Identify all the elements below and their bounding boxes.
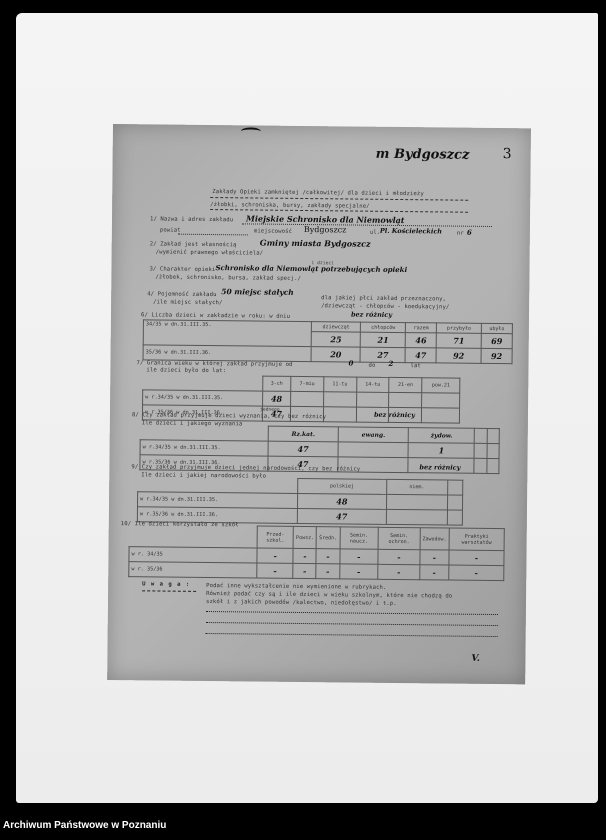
q6-cell: 47: [405, 348, 436, 363]
q6-col-header: chłopców: [361, 322, 406, 332]
q10-col-header: Semin. ochron.: [378, 527, 420, 549]
q10-col-header: Praktyki warsztatów: [449, 528, 504, 551]
q6-col-header: przybyło: [437, 323, 482, 333]
q9-value: bez różnicy: [419, 463, 460, 471]
q1-miejscowosc-label: miejscowość: [254, 228, 292, 234]
q10-row-period: w r. 34/35: [129, 547, 257, 563]
q7-col-header: 21-en: [389, 377, 422, 392]
q10-cell: -: [420, 565, 449, 580]
q10-cell: -: [257, 548, 294, 563]
q10-cell: -: [293, 563, 316, 578]
q1-label: 1/ Nazwa i adres zakładu: [150, 216, 233, 223]
q8-col-header: [474, 428, 486, 443]
remarks-dotline: [206, 622, 498, 626]
q10-col-header: Semin. naucz.: [340, 527, 379, 549]
q8-col-header: żydow.: [409, 428, 475, 444]
q7-corner: [143, 375, 263, 391]
q8-cell: [487, 443, 500, 458]
q7-from-value: 0: [348, 358, 353, 367]
q7-cell: [389, 392, 422, 407]
q8-corner: [140, 425, 268, 441]
q3-value: Schronisko dla Niemowląt potrzebujących …: [215, 263, 407, 274]
q6-cell: 92: [436, 348, 481, 363]
q10-cell: -: [420, 550, 449, 565]
q10-table: Przed-szkol. Powsz. Średn. Semin. naucz.…: [128, 524, 505, 581]
remarks-dotline: [206, 611, 498, 615]
q10-cell: -: [316, 549, 339, 564]
document-sheet: m Bydgoszcz 3 Zakłady Opieki zamkniętej …: [107, 124, 531, 684]
q6-col-header: ubyło: [481, 323, 512, 333]
page-number: 3: [503, 146, 512, 162]
q2-hint: /wymienić prawnego właściciela/: [156, 249, 264, 256]
remarks-line3: szkół i z jakich powodów /kalectwo, nied…: [206, 599, 397, 607]
q4-gender-question: dla jakiej płci zakład przeznaczony,: [321, 295, 446, 302]
q1-ul-value: Pl. Kościeleckich: [380, 227, 442, 236]
q6-col-header: razem: [406, 323, 437, 333]
q1-nr-label: nr: [457, 231, 464, 237]
q3-hint: /żłobek, schronisko, bursa, zakład specj…: [155, 274, 301, 282]
q8-cell: [474, 443, 486, 458]
pen-mark: [241, 127, 261, 135]
q10-row-period: w r. 35/36: [129, 562, 257, 578]
q10-col-header: Średn.: [317, 527, 340, 549]
q4-label: 4/ Pojemność zakładu: [147, 291, 216, 298]
remarks-line2: Również podać czy są i ile dzieci w wiek…: [206, 591, 452, 600]
q7-col-header: 7-miu: [291, 376, 324, 391]
q6-cell: 27: [360, 347, 405, 362]
q7-cell: [323, 392, 356, 407]
q7-cell: 48: [263, 391, 291, 406]
q10-cell: -: [378, 549, 420, 564]
q4-hint: /ile miejsc stałych/: [153, 299, 222, 306]
remarks-label-underline: [142, 590, 196, 592]
q10-cell: -: [449, 550, 504, 566]
q9-cell: [447, 510, 462, 525]
q7-cell: [356, 392, 389, 407]
q10-col-header: Przed-szkol.: [257, 526, 294, 548]
document-title: Zakłady Opieki zamkniętej /całkowitej/ d…: [212, 189, 424, 197]
q7-cell: [290, 391, 323, 406]
archive-watermark: Archiwum Państwowe w Poznaniu: [3, 820, 166, 831]
q10-cell: -: [378, 564, 420, 579]
title-underline: [210, 197, 468, 201]
q7-col-header: 11-tu: [323, 377, 356, 392]
remarks-dotline: [206, 633, 498, 637]
q7-sublabel: ile dzieci było do lat:: [146, 367, 226, 374]
q9-row-period: w r.34/35 w dn.31.III.35.: [137, 492, 297, 509]
q1-ul-label: ul.: [370, 230, 380, 236]
q8-cell: 1: [408, 443, 474, 459]
q2-label: 2/ Zakład jest własnością: [150, 241, 237, 248]
q9-cell: [386, 494, 447, 510]
q6-row-period: 34/35 w dn.31.III.35.: [143, 320, 311, 347]
q10-col-header: Powsz.: [293, 526, 316, 548]
q9-label: 9/ Czy zakład przyjmuje dzieci jednej na…: [131, 464, 360, 472]
q8-value: bez różnicy: [374, 411, 415, 419]
q10-cell: -: [257, 563, 294, 578]
q6-col-header: dziewcząt: [311, 322, 361, 333]
q9-corner: [138, 477, 298, 494]
q4-gender-hint: /dziewcząt - chłopców - koedukacyjny/: [321, 303, 449, 310]
q10-cell: -: [339, 549, 378, 564]
q4-gender-value: bez różnicy: [351, 311, 392, 319]
q7-cell: [323, 407, 356, 422]
q2-value: Gminy miasta Bydgoszcz: [260, 238, 371, 249]
q10-cell: -: [316, 564, 339, 579]
q8-cell: [487, 458, 500, 473]
q9-cell: 47: [297, 508, 386, 524]
signature-mark: V.: [471, 654, 480, 664]
q3-label: 3/ Charakter opieki: [149, 266, 215, 273]
q6-cell: 71: [436, 333, 481, 348]
q7-col-header: 14-tu: [356, 377, 389, 392]
q9-col-header: polskiej: [298, 478, 387, 494]
q7-col-header: 3-ch: [263, 376, 291, 391]
q6-table: 34/35 w dn.31.III.35. dziewcząt chłopców…: [143, 319, 513, 364]
q8-col-header: Rz.kat.: [268, 426, 338, 442]
q1-dotline: [242, 223, 492, 227]
q7-to-value: 2: [388, 359, 393, 368]
q6-cell: 21: [361, 332, 406, 347]
q9-cell: [386, 509, 447, 525]
q6-cell: 69: [481, 333, 512, 348]
remarks-line1: Podać inne wykształcenie nie wymienione …: [206, 583, 386, 591]
q10-cell: -: [449, 565, 504, 581]
q9-col-header: [447, 480, 462, 495]
q7-cell: [422, 408, 460, 423]
q10-col-header: Zawodow.: [420, 528, 449, 550]
q1-miejscowosc-value: Bydgoszcz: [304, 225, 347, 234]
q9-table: polskiej niem. w r.34/35 w dn.31.III.35.…: [137, 476, 463, 525]
q8-col-header: ewang.: [338, 427, 409, 443]
handwritten-header: m Bydgoszcz: [376, 147, 470, 163]
q10-corner: [129, 525, 257, 548]
subtitle-underline: [210, 209, 468, 213]
q8-row-period: w r.34/35 w dn.31.III.35.: [140, 440, 268, 456]
q9-col-header: niem.: [386, 479, 447, 495]
q7-to-label: do: [368, 363, 375, 369]
q8-cell: 47: [268, 441, 338, 457]
q7-cell: [422, 393, 460, 408]
remarks-label: U w a g a :: [142, 581, 190, 588]
q10-cell: -: [339, 564, 378, 579]
q8-cell: [474, 458, 486, 473]
q6-cell: 46: [405, 333, 436, 348]
q9-cell: 48: [297, 493, 386, 509]
q6-row-period: 35/36 w dn.31.III.36.: [143, 345, 311, 362]
q4-value: 50 miejsc stałych: [221, 287, 294, 297]
q1-nr-value: 6: [467, 228, 472, 237]
q7-row-period: w r.34/35 w dn.31.III.35.: [143, 390, 263, 406]
q1-powiat-dots: [178, 234, 248, 236]
q7-col-header: pow.21: [422, 378, 460, 393]
q8-cell: [338, 442, 409, 458]
q8-col-header: [487, 428, 500, 443]
q6-cell: 92: [481, 348, 512, 363]
q9-cell: [447, 495, 462, 510]
q8-annotation: jednego: [260, 408, 280, 413]
q7-unit: lat: [410, 363, 420, 369]
q6-cell: 25: [311, 332, 361, 348]
q10-cell: -: [293, 548, 316, 563]
